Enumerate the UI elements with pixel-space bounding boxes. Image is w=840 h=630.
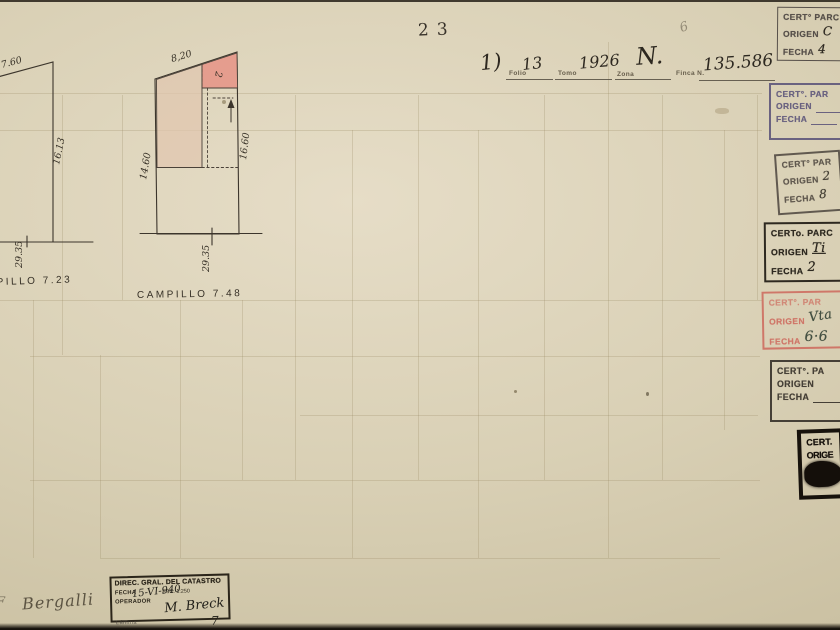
paper-stain <box>715 108 729 114</box>
parcel-left-frontage-dim: 29.35 <box>14 241 25 269</box>
zona-underline <box>615 79 671 80</box>
tomo-value: 1926 <box>578 50 620 72</box>
parcel-left-top-dim: 7.60 <box>0 55 23 71</box>
north-arrow <box>228 99 235 122</box>
parcel-right-right-dim: 16.60 <box>238 132 252 160</box>
tomo-label: Tomo <box>558 70 577 77</box>
certificate-stamp-4: CERTo. PARC ORIGENTi FECHA2 <box>764 222 840 283</box>
scan-edge-top <box>0 0 840 2</box>
parcel-left-street-label: CAMPILLO 7.23 <box>0 274 72 289</box>
surveyor-signature: Bergalli <box>21 590 94 614</box>
folio-underline <box>506 79 553 80</box>
certificate-stamp-2: CERT°. PAR ORIGEN FECHA <box>769 83 840 140</box>
building-unit-highlight <box>202 53 238 88</box>
registry-prefix: 1) <box>479 49 503 75</box>
zona-value: N. <box>635 41 664 71</box>
cert-text: CERT° PARC <box>783 11 839 24</box>
certificate-stamp-7: CERT. ORIGE <box>797 428 840 500</box>
paper-stain <box>514 390 517 393</box>
certificate-stamp-6: CERT°. PA ORIGEN FECHA <box>770 360 840 422</box>
parcel-right-left-dim: 14.60 <box>138 152 154 181</box>
edge-mark: F <box>0 595 5 610</box>
parcel-left-side-dim: 16.13 <box>51 137 67 166</box>
zona-label: Zona <box>617 71 634 78</box>
building-footprint <box>157 65 203 168</box>
office-stamp: DIREC. GRAL. DEL CATASTRO FECHAESC. 1:25… <box>109 573 230 622</box>
certificate-stamp-5: CERT°. PAR ORIGENVta FECHA6·6 <box>762 290 840 349</box>
finca-label: Finca N. <box>676 70 704 77</box>
parcel-drawings: 7.60 16.13 29.35 CAMPILLO 7.23 2 8,20 14… <box>0 40 300 310</box>
finca-value: 135.586 <box>702 51 774 76</box>
parcel-right-frontage-dim: 29.35 <box>201 245 212 273</box>
finca-underline <box>699 80 775 81</box>
parcel-left <box>0 62 93 247</box>
certificate-stamp-1: CERT° PARC ORIGENC FECHA4 <box>777 7 840 62</box>
page-number: 23 <box>418 19 456 40</box>
scan-edge-bottom <box>0 623 840 630</box>
parcel-right-street-label: CAMPILLO 7.48 <box>137 288 242 301</box>
ink-smudge <box>804 460 840 487</box>
paper-stain <box>646 392 649 396</box>
folio-value: 13 <box>521 53 543 74</box>
corner-scribble: 6 <box>678 19 691 36</box>
certificate-stamp-3: CERT° PAR ORIGEN2 FECHA8 <box>774 150 840 215</box>
parcel-right-top-dim: 8,20 <box>170 48 193 64</box>
cadastral-sheet: 23 6 1) Folio 13 Tomo 1926 Zona N. Finca… <box>0 0 840 630</box>
tomo-underline <box>555 79 612 80</box>
